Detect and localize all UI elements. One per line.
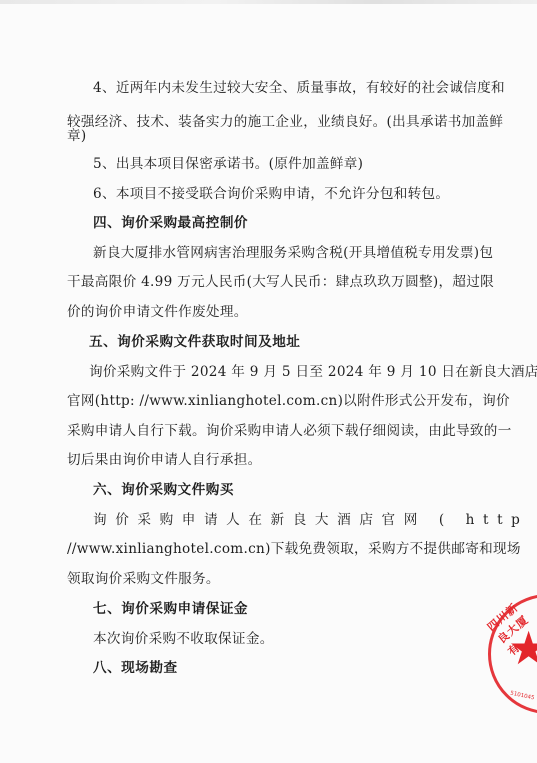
section4-heading: 四、询价采购最高控制价 xyxy=(93,215,248,231)
section5-line1: 询价采购文件于 2024 年 9 月 5 日至 2024 年 9 月 10 日在… xyxy=(89,364,537,380)
section5-line2: 官网(http: //www.xinlianghotel.com.cn)以附件形… xyxy=(67,393,510,409)
document-page: 4、近两年内未发生过较大安全、质量事故，有较好的社会诚信度和 较强经济、技术、装… xyxy=(0,0,537,763)
section4-line1: 新良大厦排水管网病害治理服务采购含税(开具增值税专用发票)包 xyxy=(93,245,493,261)
section4-line2: 干最高限价 4.99 万元人民币(大写人民币：肆点玖玖万圆整)，超过限 xyxy=(67,274,494,290)
item4-line3: 章) xyxy=(67,128,87,144)
section6-line3: 领取询价采购文件服务。 xyxy=(67,571,220,587)
section6-heading: 六、询价采购文件购买 xyxy=(93,482,234,498)
section6-line1: 询价采购申请人在新良大酒店官网 ( http : xyxy=(93,512,537,528)
section6-line2: //www.xinlianghotel.com.cn)下载免费领取，采购方不提供… xyxy=(67,541,521,557)
item6: 6、本项目不接受联合询价采购申请，不允许分包和转包。 xyxy=(93,186,449,202)
section5-line3: 采购申请人自行下载。询价采购申请人必须下载仔细阅读，由此导致的一 xyxy=(67,423,512,439)
section5-heading: 五、询价采购文件获取时间及地址 xyxy=(89,334,300,350)
section7-line1: 本次询价采购不收取保证金。 xyxy=(93,631,274,647)
item4-line1: 4、近两年内未发生过较大安全、质量事故，有较好的社会诚信度和 xyxy=(93,80,505,96)
section7-heading: 七、询价采购申请保证金 xyxy=(93,601,248,617)
item5: 5、出具本项目保密承诺书。(原件加盖鲜章) xyxy=(93,156,363,172)
item4-line2: 较强经济、技术、装备实力的施工企业，业绩良好。(出具承诺书加盖鲜 xyxy=(67,114,503,130)
section8-heading: 八、现场勘查 xyxy=(93,660,178,676)
section4-line3: 价的询价申请文件作废处理。 xyxy=(67,304,248,320)
section5-line4: 切后果由询价申请人自行承担。 xyxy=(67,452,262,468)
scan-edge xyxy=(0,0,537,4)
